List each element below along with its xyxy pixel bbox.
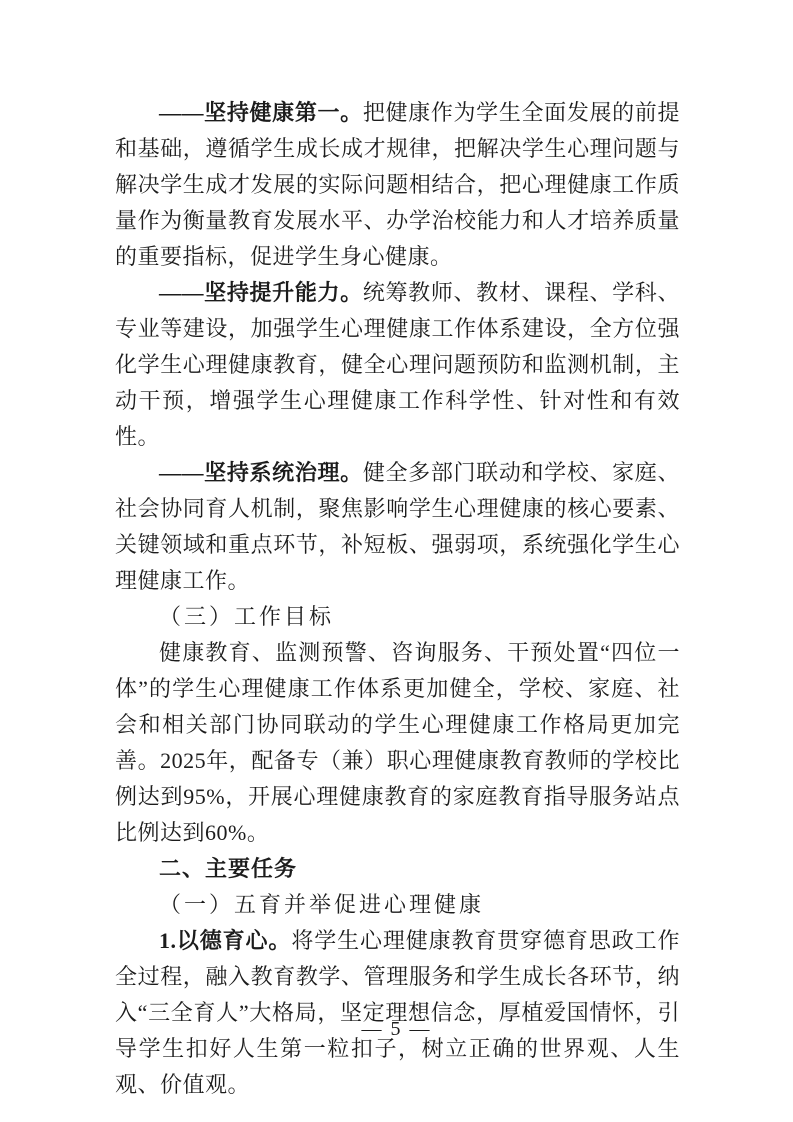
paragraph-text: 将学生心理健康教育贯穿德育思政工作全过程，融入教育教学、管理服务和学生成长各环节…: [115, 928, 680, 1097]
heading-text: （一）五育并举促进心理健康: [159, 892, 484, 917]
page-footer: — 5 —: [0, 1015, 793, 1043]
heading-text: 二、主要任务: [159, 856, 297, 881]
document-page: ——坚持健康第一。把健康作为学生全面发展的前提和基础，遵循学生成长成才规律，把解…: [0, 0, 793, 1122]
paragraph-principle-governance: ——坚持系统治理。健全多部门联动和学校、家庭、社会协同育人机制，聚焦影响学生心理…: [115, 455, 680, 599]
paragraph-work-goals: 健康教育、监测预警、咨询服务、干预处置“四位一体”的学生心理健康工作体系更加健全…: [115, 635, 680, 851]
heading-work-goals: （三）工作目标: [115, 599, 680, 635]
page-number: — 5 —: [362, 1018, 432, 1040]
heading-five-educations: （一）五育并举促进心理健康: [115, 887, 680, 923]
paragraph-text: 统筹教师、教材、课程、学科、专业等建设，加强学生心理健康工作体系建设，全方位强化…: [115, 280, 680, 449]
paragraph-lead: 1.以德育心。: [159, 928, 291, 953]
paragraph-text: 把健康作为学生全面发展的前提和基础，遵循学生成长成才规律，把解决学生心理问题与解…: [115, 100, 680, 269]
heading-main-tasks: 二、主要任务: [115, 851, 680, 887]
paragraph-principle-health-first: ——坚持健康第一。把健康作为学生全面发展的前提和基础，遵循学生成长成才规律，把解…: [115, 95, 680, 275]
paragraph-text: 健康教育、监测预警、咨询服务、干预处置“四位一体”的学生心理健康工作体系更加健全…: [115, 640, 680, 845]
paragraph-lead: ——坚持提升能力。: [159, 280, 363, 305]
paragraph-lead: ——坚持健康第一。: [159, 100, 363, 125]
document-body: ——坚持健康第一。把健康作为学生全面发展的前提和基础，遵循学生成长成才规律，把解…: [115, 95, 680, 1103]
paragraph-moral-education: 1.以德育心。将学生心理健康教育贯穿德育思政工作全过程，融入教育教学、管理服务和…: [115, 923, 680, 1103]
paragraph-principle-capacity: ——坚持提升能力。统筹教师、教材、课程、学科、专业等建设，加强学生心理健康工作体…: [115, 275, 680, 455]
heading-text: （三）工作目标: [159, 604, 334, 629]
paragraph-lead: ——坚持系统治理。: [159, 460, 363, 485]
